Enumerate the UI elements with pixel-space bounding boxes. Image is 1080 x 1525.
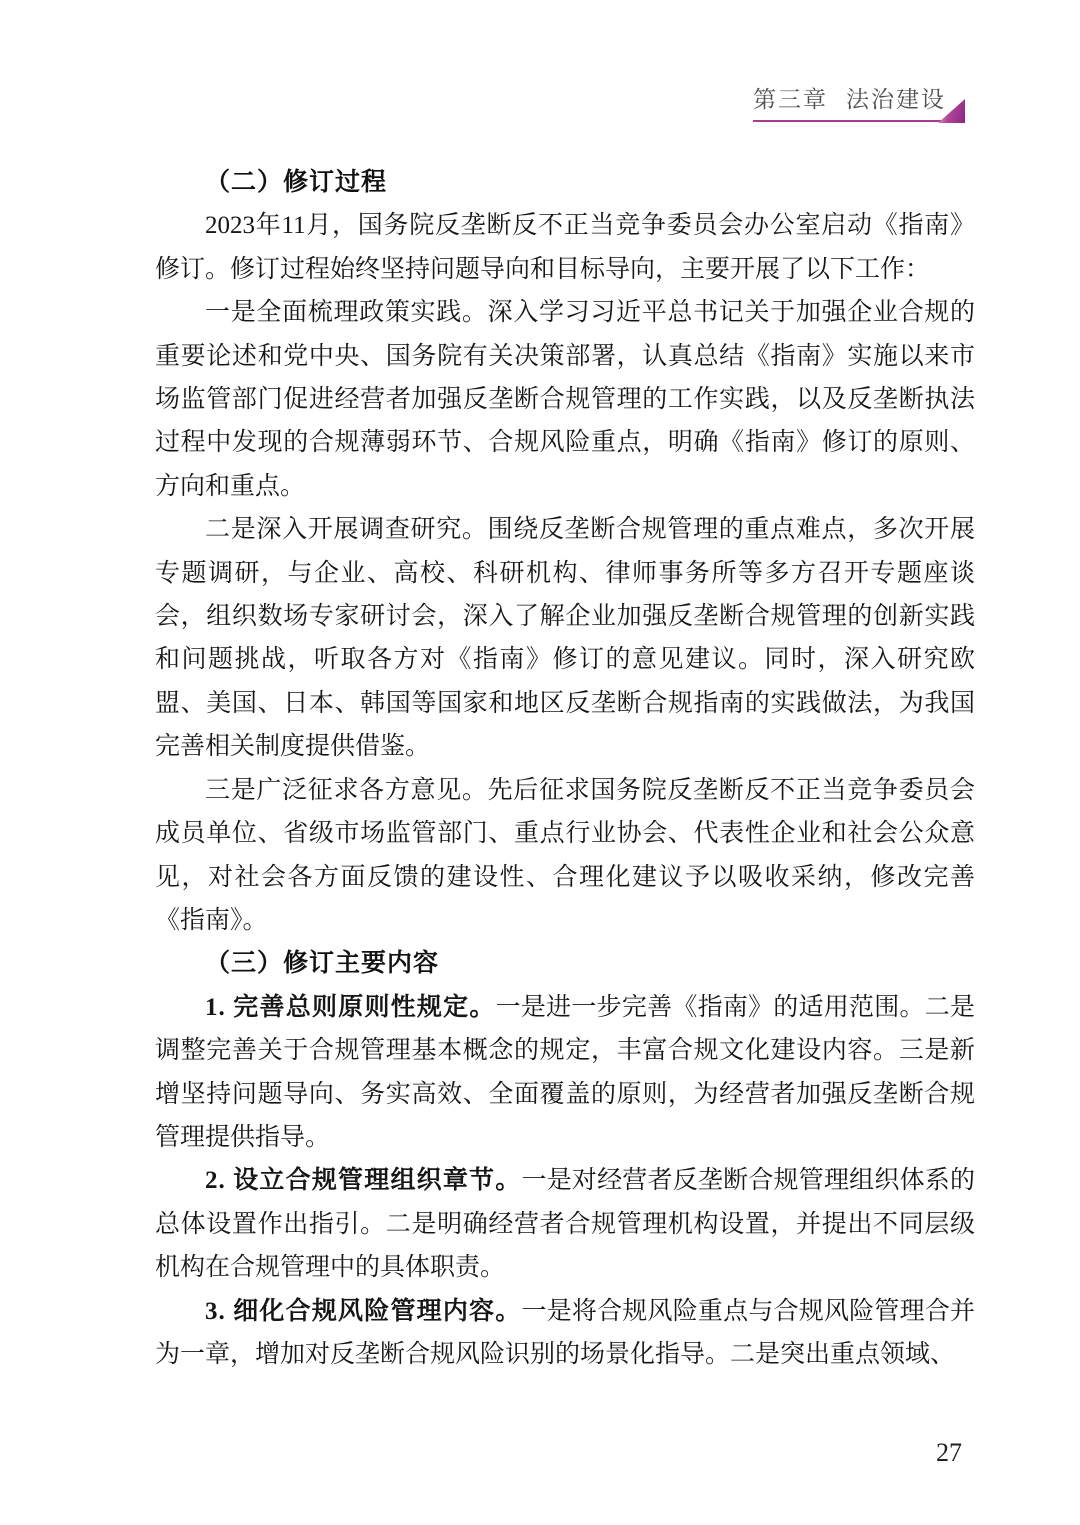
paragraph: 三是广泛征求各方意见。先后征求国务院反垄断反不正当竞争委员会成员单位、省级市场监… <box>155 769 975 943</box>
numbered-lead: 1. 完善总则原则性规定。 <box>205 994 496 1021</box>
paragraph: 二是深入开展调查研究。围绕反垄断合规管理的重点难点，多次开展专题调研，与企业、高… <box>155 508 975 768</box>
numbered-paragraph: 3. 细化合规风险管理内容。一是将合规风险重点与合规风险管理合并为一章，增加对反… <box>155 1290 975 1377</box>
chapter-label: 第三章 <box>753 87 828 112</box>
section-heading: （三）修订主要内容 <box>155 942 975 985</box>
chapter-header: 第三章法治建设 <box>753 84 965 116</box>
chapter-title: 法治建设 <box>846 87 946 112</box>
section-heading: （二）修订过程 <box>155 161 975 204</box>
numbered-paragraph: 2. 设立合规管理组织章节。一是对经营者反垄断合规管理组织体系的总体设置作出指引… <box>155 1159 975 1289</box>
numbered-paragraph: 1. 完善总则原则性规定。一是进一步完善《指南》的适用范围。二是调整完善关于合规… <box>155 986 975 1160</box>
numbered-lead: 2. 设立合规管理组织章节。 <box>205 1167 521 1194</box>
numbered-lead: 3. 细化合规风险管理内容。 <box>205 1298 521 1325</box>
page-number: 27 <box>936 1438 962 1468</box>
document-page: 第三章法治建设 （二）修订过程2023年11月，国务院反垄断反不正当竞争委员会办… <box>0 0 1080 1525</box>
header-rule <box>753 120 965 122</box>
paragraph: 2023年11月，国务院反垄断反不正当竞争委员会办公室启动《指南》修订。修订过程… <box>155 204 975 291</box>
running-header: 第三章法治建设 <box>753 84 965 122</box>
paragraph: 一是全面梳理政策实践。深入学习习近平总书记关于加强企业合规的重要论述和党中央、国… <box>155 291 975 508</box>
page-body: （二）修订过程2023年11月，国务院反垄断反不正当竞争委员会办公室启动《指南》… <box>155 161 975 1376</box>
header-underline <box>753 120 945 122</box>
